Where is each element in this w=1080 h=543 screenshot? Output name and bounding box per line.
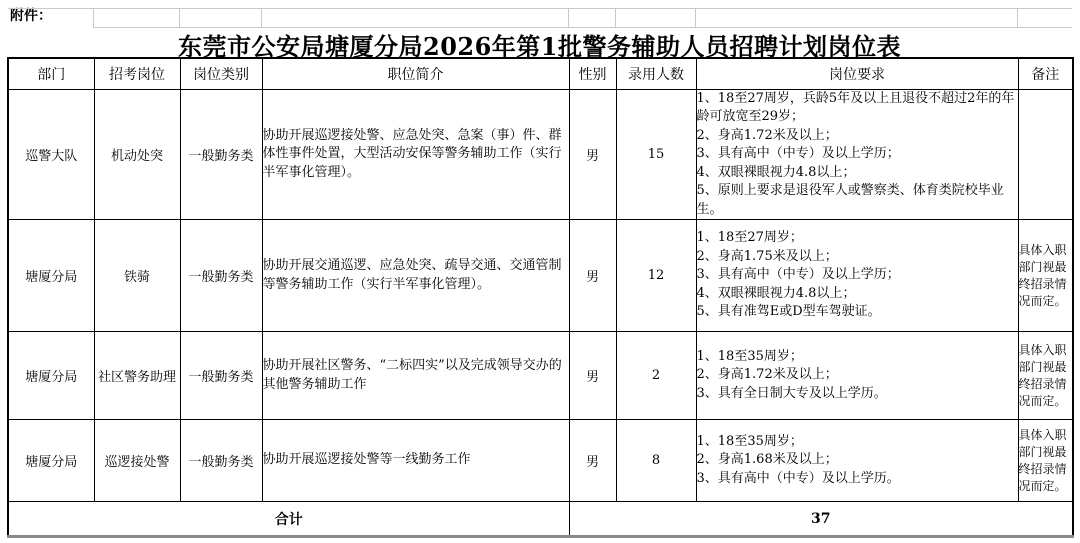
cell-description: 协助开展交通巡逻、应急处突、疏导交通、交通管制等警务辅助工作（实行半军事化管理）…	[262, 220, 569, 332]
gridline-tick	[615, 8, 616, 27]
cell-department: 塘厦分局	[8, 220, 94, 332]
gridline-tick	[568, 8, 569, 27]
cell-department: 巡警大队	[8, 89, 94, 220]
cell-department: 塘厦分局	[8, 420, 94, 502]
cell-count: 15	[616, 89, 696, 220]
cell-note: 具体入职部门视最终招录情况而定。	[1018, 420, 1073, 502]
col-header-department: 部门	[8, 58, 94, 89]
cell-note	[1018, 89, 1073, 220]
cell-requirements: 1、18至35周岁； 2、身高1.68米及以上； 3、具有高中（中专）及以上学历…	[696, 420, 1018, 502]
gridline-tick	[179, 8, 180, 27]
cell-position: 社区警务助理	[94, 332, 180, 420]
cell-position: 铁骑	[94, 220, 180, 332]
col-header-description: 职位简介	[262, 58, 569, 89]
cell-category: 一般勤务类	[180, 420, 262, 502]
header-row: 部门 招考岗位 岗位类别 职位简介 性别 录用人数 岗位要求 备注	[8, 58, 1073, 89]
cell-description: 协助开展社区警务、“二标四实”以及完成领导交办的其他警务辅助工作	[262, 332, 569, 420]
col-header-category: 岗位类别	[180, 58, 262, 89]
cell-requirements: 1、18至35周岁； 2、身高1.72米及以上； 3、具有全日制大专及以上学历。	[696, 332, 1018, 420]
total-label: 合计	[8, 502, 569, 537]
cell-description: 协助开展巡逻接处警、应急处突、急案（事）件、群体性事件处置，大型活动安保等警务辅…	[262, 89, 569, 220]
gridline-tick	[695, 8, 696, 27]
cell-category: 一般勤务类	[180, 89, 262, 220]
table-row: 塘厦分局 社区警务助理 一般勤务类 协助开展社区警务、“二标四实”以及完成领导交…	[8, 332, 1073, 420]
col-header-count: 录用人数	[616, 58, 696, 89]
total-value: 37	[569, 502, 1073, 537]
table-row: 塘厦分局 巡逻接处警 一般勤务类 协助开展巡逻接处警等一线勤务工作 男 8 1、…	[8, 420, 1073, 502]
table-row: 塘厦分局 铁骑 一般勤务类 协助开展交通巡逻、应急处突、疏导交通、交通管制等警务…	[8, 220, 1073, 332]
cell-count: 12	[616, 220, 696, 332]
recruitment-table: 部门 招考岗位 岗位类别 职位简介 性别 录用人数 岗位要求 备注 巡警大队 机…	[7, 57, 1074, 538]
cell-description: 协助开展巡逻接处警等一线勤务工作	[262, 420, 569, 502]
gridline-tick	[93, 8, 94, 27]
cell-department: 塘厦分局	[8, 332, 94, 420]
table-row: 巡警大队 机动处突 一般勤务类 协助开展巡逻接处警、应急处突、急案（事）件、群体…	[8, 89, 1073, 220]
cell-position: 机动处突	[94, 89, 180, 220]
cell-category: 一般勤务类	[180, 332, 262, 420]
col-header-note: 备注	[1018, 58, 1073, 89]
cell-gender: 男	[569, 220, 616, 332]
cell-gender: 男	[569, 332, 616, 420]
cell-count: 2	[616, 332, 696, 420]
cell-note: 具体入职部门视最终招录情况而定。	[1018, 332, 1073, 420]
cell-requirements: 1、18至27周岁； 2、身高1.75米及以上； 3、具有高中（中专）及以上学历…	[696, 220, 1018, 332]
col-header-requirements: 岗位要求	[696, 58, 1018, 89]
gridline-top	[8, 8, 1072, 9]
col-header-gender: 性别	[569, 58, 616, 89]
cell-position: 巡逻接处警	[94, 420, 180, 502]
cell-gender: 男	[569, 89, 616, 220]
cell-note: 具体入职部门视最终招录情况而定。	[1018, 220, 1073, 332]
total-row: 合计 37	[8, 502, 1073, 537]
cell-gender: 男	[569, 420, 616, 502]
cell-count: 8	[616, 420, 696, 502]
cell-category: 一般勤务类	[180, 220, 262, 332]
cell-requirements: 1、18至27周岁，兵龄5年及以上且退役不超过2年的年龄可放宽至29岁； 2、身…	[696, 89, 1018, 220]
gridline-tick	[261, 8, 262, 27]
gridline-tick	[1017, 8, 1018, 27]
col-header-position: 招考岗位	[94, 58, 180, 89]
